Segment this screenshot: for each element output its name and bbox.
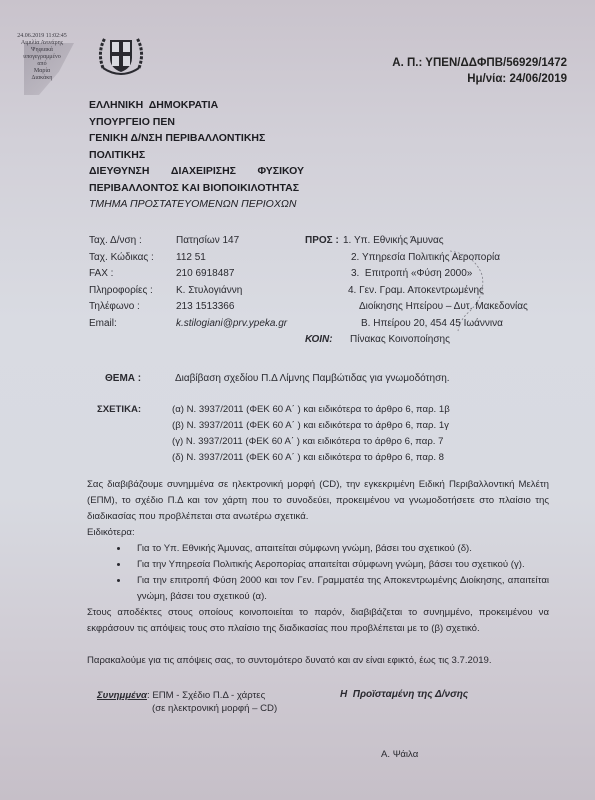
requirements-list: Για το Υπ. Εθνικής Άμυνας, απαιτείται σύ… [87, 541, 549, 605]
subject-text: Διαβίβαση σχεδίου Π.Δ Λίμνης Παμβώτιδας … [175, 373, 450, 384]
contact-value: Κ. Στυλογιάννη [176, 283, 242, 300]
contact-row: Τηλέφωνο :213 1513366 [89, 299, 287, 316]
recipient-item: 4. Γεν. Γραμ. Αποκεντρωμένης [348, 283, 484, 300]
department-name: ΤΜΗΜΑ ΠΡΟΣΤΑΤΕΥΟΜΕΝΩΝ ΠΕΡΙΟΧΩΝ [89, 196, 304, 213]
header-line: ΔΙΕΥΘΥΝΣΗ ΔΙΑΧΕΙΡΙΣΗΣ ΦΥΣΙΚΟΥ [89, 163, 304, 180]
contact-row: Πληροφορίες :Κ. Στυλογιάννη [89, 283, 287, 300]
recipient-item: 3. Επιτροπή «Φύση 2000» [351, 266, 472, 283]
requirement-item: Για την επιτροπή Φύση 2000 και τον Γεν. … [129, 573, 549, 605]
header-line: ΕΛΛΗΝΙΚΗ ΔΗΜΟΚΡΑΤΙΑ [89, 97, 304, 114]
attachments-list: : ΕΠΜ - Σχέδιο Π.Δ - χάρτες [147, 690, 265, 701]
related-label: ΣΧΕΤΙΚΑ: [97, 402, 172, 466]
intro-paragraph: Σας διαβιβάζουμε συνημμένα σε ηλεκτρονικ… [87, 477, 549, 525]
recipient-row: 2. Υπηρεσία Πολιτικής Αεροπορία [305, 250, 528, 267]
stamp-line: Διακάκη [6, 75, 78, 82]
attachments: Συνημμένα: ΕΠΜ - Σχέδιο Π.Δ - χάρτες (σε… [97, 689, 277, 715]
attachments-label: Συνημμένα [97, 690, 147, 701]
recipient-row: 3. Επιτροπή «Φύση 2000» [305, 266, 528, 283]
related-list: (α) Ν. 3937/2011 (ΦΕΚ 60 Α΄ ) και ειδικό… [172, 402, 450, 466]
contact-row: Ταχ. Κώδικας :112 51 [89, 250, 287, 267]
recipient-address: Β. Ηπείρου 20, 454 45 Ιωάννινα [361, 316, 503, 333]
document-reference: Α. Π.: ΥΠΕΝ/ΔΔΦΠΒ/56929/1472 Ημ/νία: 24/… [392, 55, 567, 87]
recipient-row: 4. Γεν. Γραμ. Αποκεντρωμένης [305, 283, 528, 300]
header-word: ΦΥΣΙΚΟΥ [257, 163, 304, 180]
contact-value: 210 6918487 [176, 266, 234, 283]
signatory-title: Η Προϊσταμένη της Δ/νσης [340, 689, 468, 700]
stamp-line: υπογεγραμμένο [6, 54, 78, 61]
header-word: ΔΙΑΧΕΙΡΙΣΗΣ [171, 163, 236, 180]
contact-row: Ταχ. Δ/νση :Πατησίων 147 [89, 233, 287, 250]
requirement-item: Για το Υπ. Εθνικής Άμυνας, απαιτείται σύ… [129, 541, 549, 557]
related-item: (δ) Ν. 3937/2011 (ΦΕΚ 60 Α΄ ) και ειδικό… [172, 450, 450, 466]
digital-signature-stamp: 24.06.2019 11:02:45 Αιμιλία Ανινάρης Ψηφ… [6, 33, 78, 95]
related-item: (β) Ν. 3937/2011 (ΦΕΚ 60 Α΄ ) και ειδικό… [172, 418, 450, 434]
recipient-item: 1. Υπ. Εθνικής Άμυνας [343, 233, 444, 250]
contact-value: 112 51 [176, 250, 206, 267]
subject: ΘΕΜΑ : Διαβίβαση σχεδίου Π.Δ Λίμνης Παμβ… [105, 373, 450, 384]
letter-body: Σας διαβιβάζουμε συνημμένα σε ηλεκτρονικ… [87, 477, 549, 669]
stamp-timestamp: 24.06.2019 11:02:45 [6, 33, 78, 40]
cc-value: Πίνακας Κοινοποίησης [350, 332, 450, 349]
recipients: ΠΡΟΣ :1. Υπ. Εθνικής Άμυνας 2. Υπηρεσία … [305, 233, 528, 349]
stamp-line: Ψηφιακά [6, 47, 78, 54]
header-word: ΔΙΕΥΘΥΝΣΗ [89, 163, 149, 180]
email-link[interactable]: k.stilogiani@prv.ypeka.gr [176, 316, 287, 333]
requirement-item: Για την Υπηρεσία Πολιτικής Αεροπορίας απ… [129, 557, 549, 573]
stamp-line: Μαρία [6, 68, 78, 75]
related-references: ΣΧΕΤΙΚΑ: (α) Ν. 3937/2011 (ΦΕΚ 60 Α΄ ) κ… [97, 402, 450, 466]
contact-row: FAX :210 6918487 [89, 266, 287, 283]
recipients-note: Στους αποδέκτες στους οποίους κοινοποιεί… [87, 605, 549, 637]
contact-label: Ταχ. Δ/νση : [89, 233, 176, 250]
recipients-label: ΠΡΟΣ : [305, 233, 343, 250]
issuer-header: ΕΛΛΗΝΙΚΗ ΔΗΜΟΚΡΑΤΙΑ ΥΠΟΥΡΓΕΙΟ ΠΕΝ ΓΕΝΙΚΗ… [89, 97, 304, 213]
related-item: (α) Ν. 3937/2011 (ΦΕΚ 60 Α΄ ) και ειδικό… [172, 402, 450, 418]
subject-label: ΘΕΜΑ : [105, 373, 175, 384]
greek-coat-of-arms-icon [95, 28, 147, 82]
contact-label: Πληροφορίες : [89, 283, 176, 300]
protocol-number: Α. Π.: ΥΠΕΝ/ΔΔΦΠΒ/56929/1472 [392, 55, 567, 71]
specifically-label: Ειδικότερα: [87, 525, 549, 541]
contact-value: 213 1513366 [176, 299, 234, 316]
recipient-row: Διοίκησης Ηπείρου – Δυτ. Μακεδονίας [305, 299, 528, 316]
cc-label: ΚΟΙΝ: [305, 332, 350, 349]
contact-row: Email:k.stilogiani@prv.ypeka.gr [89, 316, 287, 333]
recipient-address: Διοίκησης Ηπείρου – Δυτ. Μακεδονίας [359, 299, 528, 316]
recipient-row: ΠΡΟΣ :1. Υπ. Εθνικής Άμυνας [305, 233, 528, 250]
cc-row: ΚΟΙΝ:Πίνακας Κοινοποίησης [305, 332, 528, 349]
contact-label: Ταχ. Κώδικας : [89, 250, 176, 267]
contact-label: Email: [89, 316, 176, 333]
recipient-row: Β. Ηπείρου 20, 454 45 Ιωάννινα [305, 316, 528, 333]
header-line: ΠΕΡΙΒΑΛΛΟΝΤΟΣ ΚΑΙ ΒΙΟΠΟΙΚΙΛΟΤΗΤΑΣ [89, 180, 304, 197]
stamp-line: Αιμιλία Ανινάρης [6, 40, 78, 47]
related-item: (γ) Ν. 3937/2011 (ΦΕΚ 60 Α΄ ) και ειδικό… [172, 434, 450, 450]
recipient-item: 2. Υπηρεσία Πολιτικής Αεροπορία [351, 250, 500, 267]
contact-label: FAX : [89, 266, 176, 283]
header-line: ΥΠΟΥΡΓΕΙΟ ΠΕΝ [89, 114, 304, 131]
contact-details: Ταχ. Δ/νση :Πατησίων 147 Ταχ. Κώδικας :1… [89, 233, 287, 332]
signatory-name: Α. Ψάιλα [381, 749, 418, 760]
header-line: ΓΕΝΙΚΗ Δ/ΝΣΗ ΠΕΡΙΒΑΛΛΟΝΤΙΚΗΣ [89, 130, 304, 147]
contact-label: Τηλέφωνο : [89, 299, 176, 316]
attachments-format: (σε ηλεκτρονική μορφή – CD) [97, 702, 277, 715]
header-line: ΠΟΛΙΤΙΚΗΣ [89, 147, 304, 164]
document-date: Ημ/νία: 24/06/2019 [392, 71, 567, 87]
stamp-line: από [6, 61, 78, 68]
contact-value: Πατησίων 147 [176, 233, 239, 250]
request-paragraph: Παρακαλούμε για τις απόψεις σας, το συντ… [87, 653, 549, 669]
